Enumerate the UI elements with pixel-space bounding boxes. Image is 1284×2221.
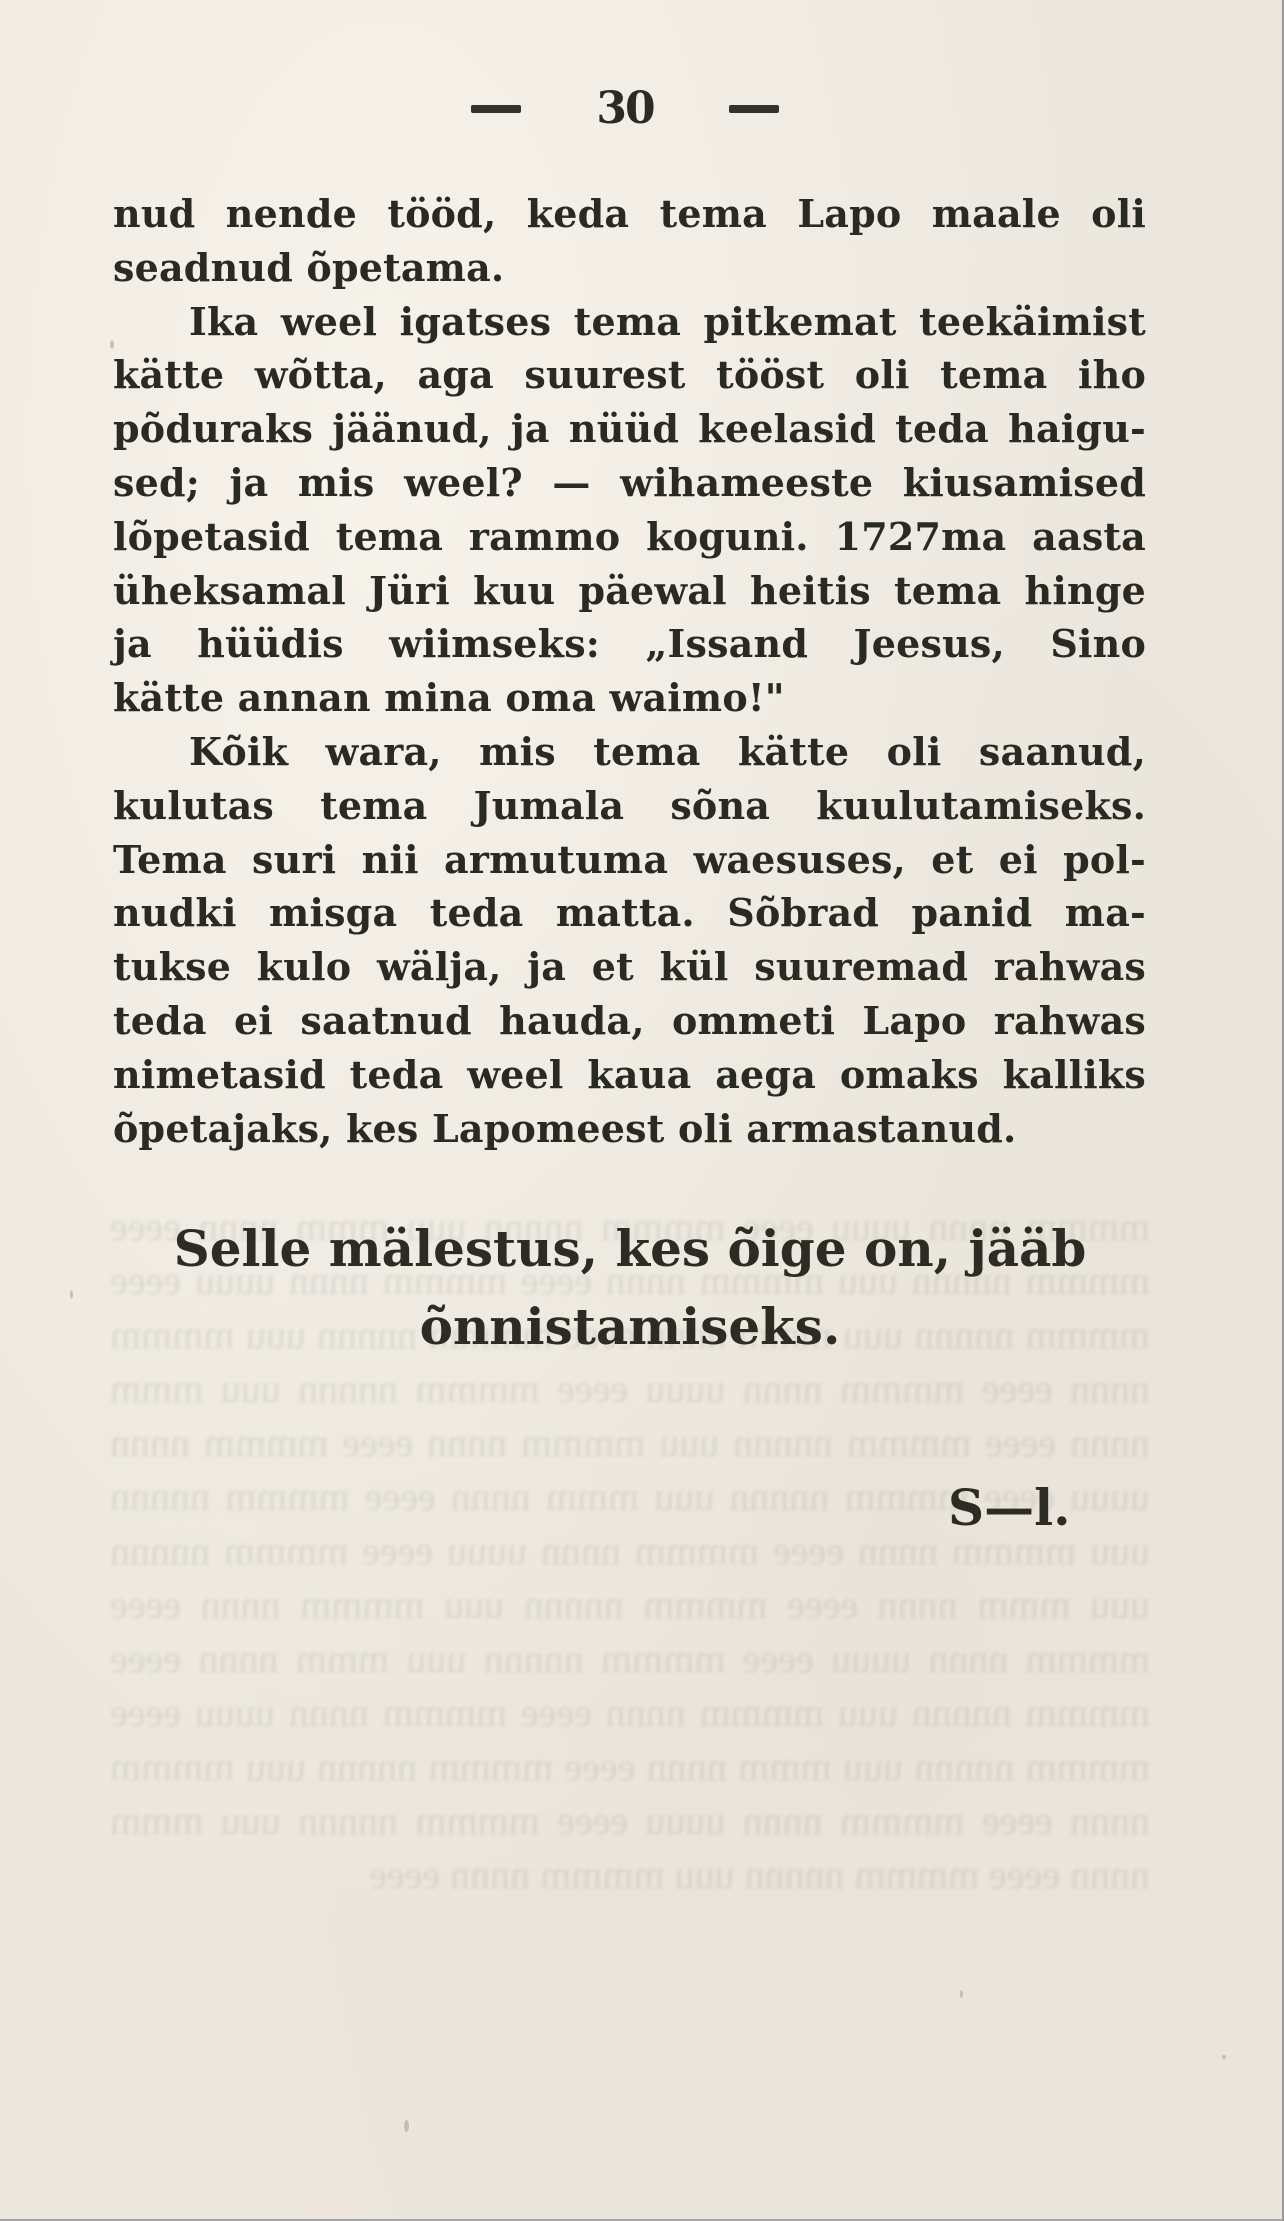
text-line: nimetasid teda weel kaua aega omaks kall…: [113, 1048, 1146, 1102]
book-page: mmmm nnnn uuuu eeee mmmm nnnnn uuu mmm n…: [0, 0, 1284, 2221]
text-line: Tema suri nii armutuma waesuses, et ei p…: [113, 833, 1146, 887]
text-line: teda ei saatnud hauda, ommeti Lapo rahwa…: [113, 994, 1146, 1048]
paper-speck: [110, 340, 114, 349]
text-line: kätte wõtta, aga suurest tööst oli tema …: [113, 348, 1146, 402]
motto-line-2: õnnistamiseks.: [170, 1288, 1090, 1366]
text-line: tukse kulo wälja, ja et kül suuremad rah…: [113, 940, 1146, 994]
closing-motto: Selle mälestus, kes õige on, jääb õnnist…: [170, 1210, 1090, 1366]
author-signature: S—l.: [948, 1478, 1071, 1537]
page-number-header: 30: [0, 80, 1250, 134]
body-text: nud nende tööd, keda tema Lapo maale oli…: [113, 187, 1146, 1155]
text-line: Kõik wara, mis tema kätte oli saanud,: [113, 725, 1146, 779]
text-line: õpetajaks, kes Lapomeest oli armastanud.: [113, 1102, 1146, 1156]
header-dash-right: [729, 105, 779, 113]
paper-speck: [404, 2120, 409, 2132]
text-line: põduraks jäänud, ja nüüd keelasid teda h…: [113, 402, 1146, 456]
text-line: nudki misga teda matta. Sõbrad panid ma-: [113, 886, 1146, 940]
text-line: Ika weel igatses tema pitkemat teekäimis…: [113, 295, 1146, 349]
page-number: 30: [596, 83, 653, 134]
motto-line-1: Selle mälestus, kes õige on, jääb: [170, 1210, 1090, 1288]
paper-speck: [1222, 2055, 1226, 2059]
text-line: ja hüüdis wiimseks: „Issand Jeesus, Sino: [113, 617, 1146, 671]
text-line: üheksamal Jüri kuu päewal heitis tema hi…: [113, 564, 1146, 618]
paper-speck: [960, 1990, 963, 1998]
paper-speck: [70, 1290, 73, 1299]
text-line: sed; ja mis weel? — wihameeste kiusamise…: [113, 456, 1146, 510]
text-line: kulutas tema Jumala sõna kuulutamiseks.: [113, 779, 1146, 833]
header-dash-left: [471, 105, 521, 113]
text-line: nud nende tööd, keda tema Lapo maale oli: [113, 187, 1146, 241]
text-line: kätte annan mina oma waimo!": [113, 671, 1146, 725]
text-line: seadnud õpetama.: [113, 241, 1146, 295]
text-line: lõpetasid tema rammo koguni. 1727ma aast…: [113, 510, 1146, 564]
